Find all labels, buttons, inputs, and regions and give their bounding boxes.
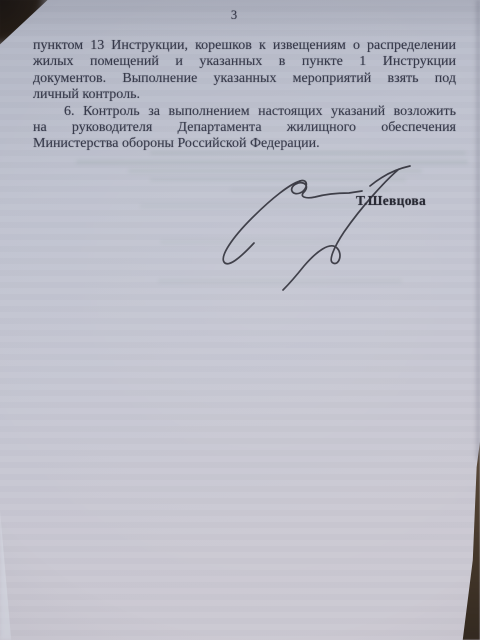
signature-block: Т.Шевцова — [0, 0, 480, 640]
handwritten-signature-icon — [0, 0, 480, 640]
signer-name: Т.Шевцова — [356, 193, 426, 209]
document-photo: 3 пунктом 13 Инструкции, корешков к изве… — [0, 0, 480, 640]
